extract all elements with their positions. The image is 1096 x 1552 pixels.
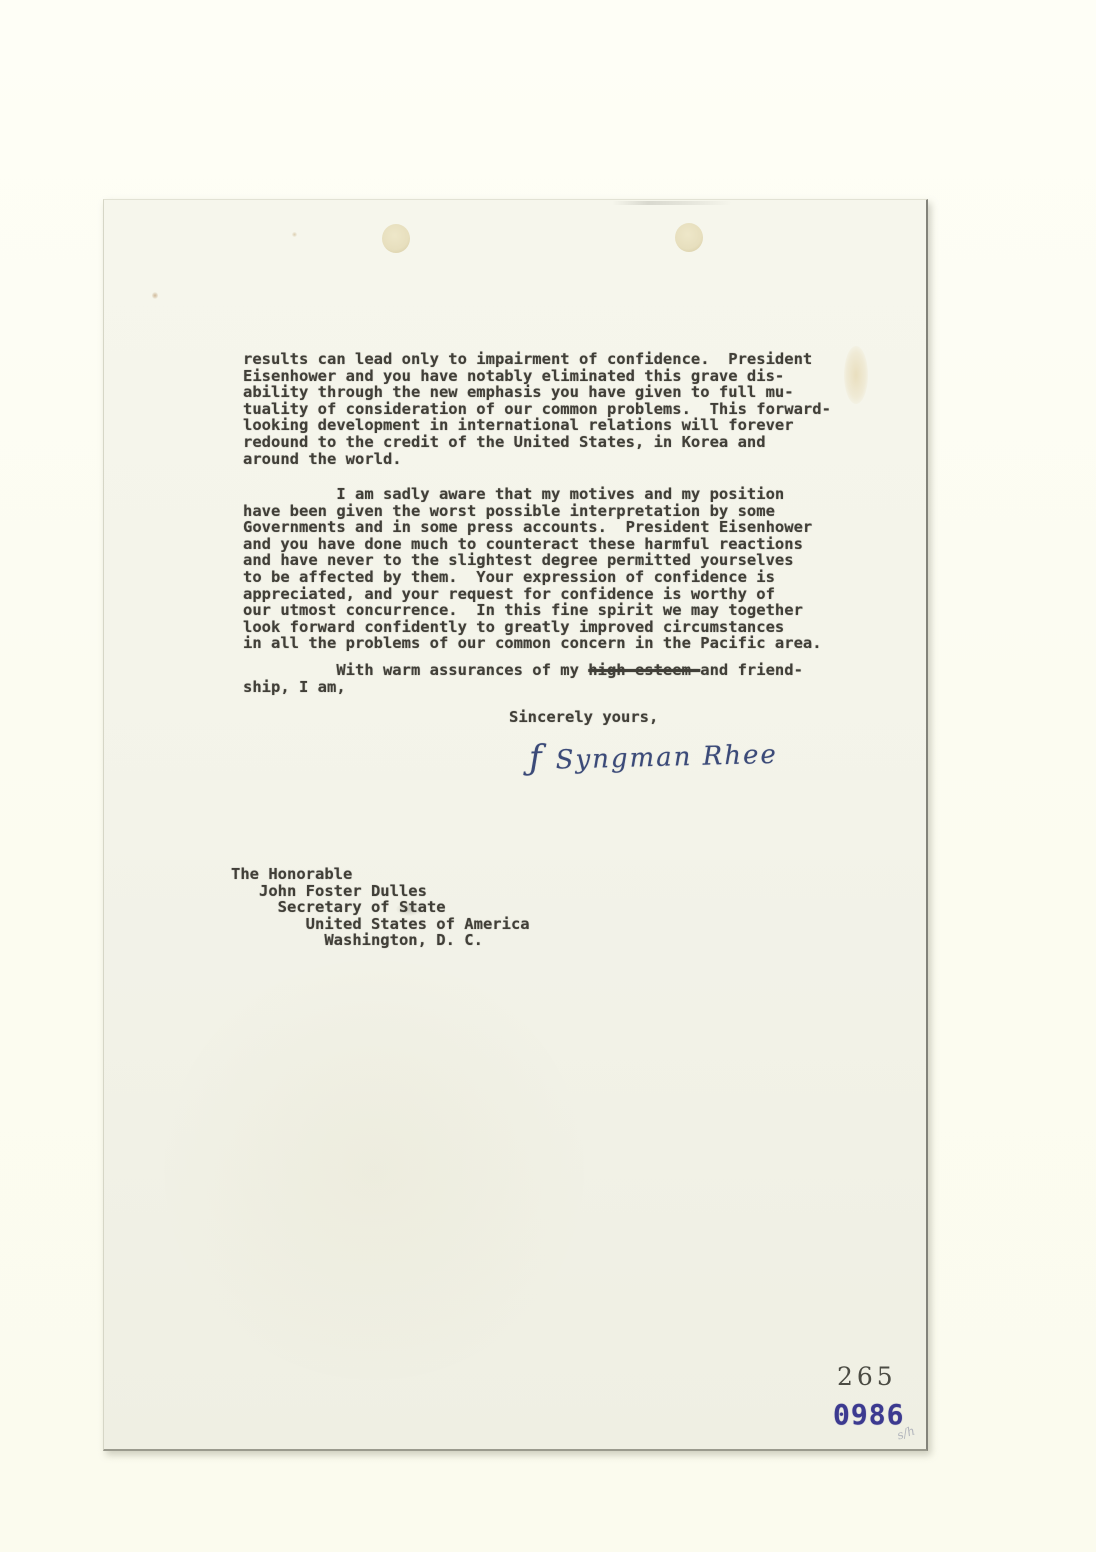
archive-number-stamp: 0986 [833,1398,904,1431]
signature: ƒSyngman Rhee [529,732,779,778]
letter-sheet: results can lead only to impairment of c… [103,199,928,1451]
body-paragraph-2: I am sadly aware that my motives and my … [243,486,822,652]
aging-stain [844,346,868,404]
recipient-address-block: The Honorable John Foster Dulles Secreta… [231,866,530,949]
signature-mark: ƒ [529,738,543,778]
body-paragraph-3: With warm assurances of my high esteem-a… [243,662,803,695]
edge-scribble-mark [612,201,732,205]
body-paragraph-1: results can lead only to impairment of c… [243,351,831,467]
punch-hole-left [382,224,410,253]
punch-hole-right [675,223,703,252]
paragraph-3-text: With warm assurances of my [243,661,588,679]
aging-glow [164,960,584,1380]
signature-name: Syngman Rhee [555,740,778,776]
closing-line: Sincerely yours, [509,709,658,726]
page-number-stamp: 265 [837,1362,897,1391]
paper-speck [292,232,297,237]
struck-out-text: high esteem- [588,661,700,679]
paper-speck [152,292,158,299]
scan-background: results can lead only to impairment of c… [0,0,1096,1552]
